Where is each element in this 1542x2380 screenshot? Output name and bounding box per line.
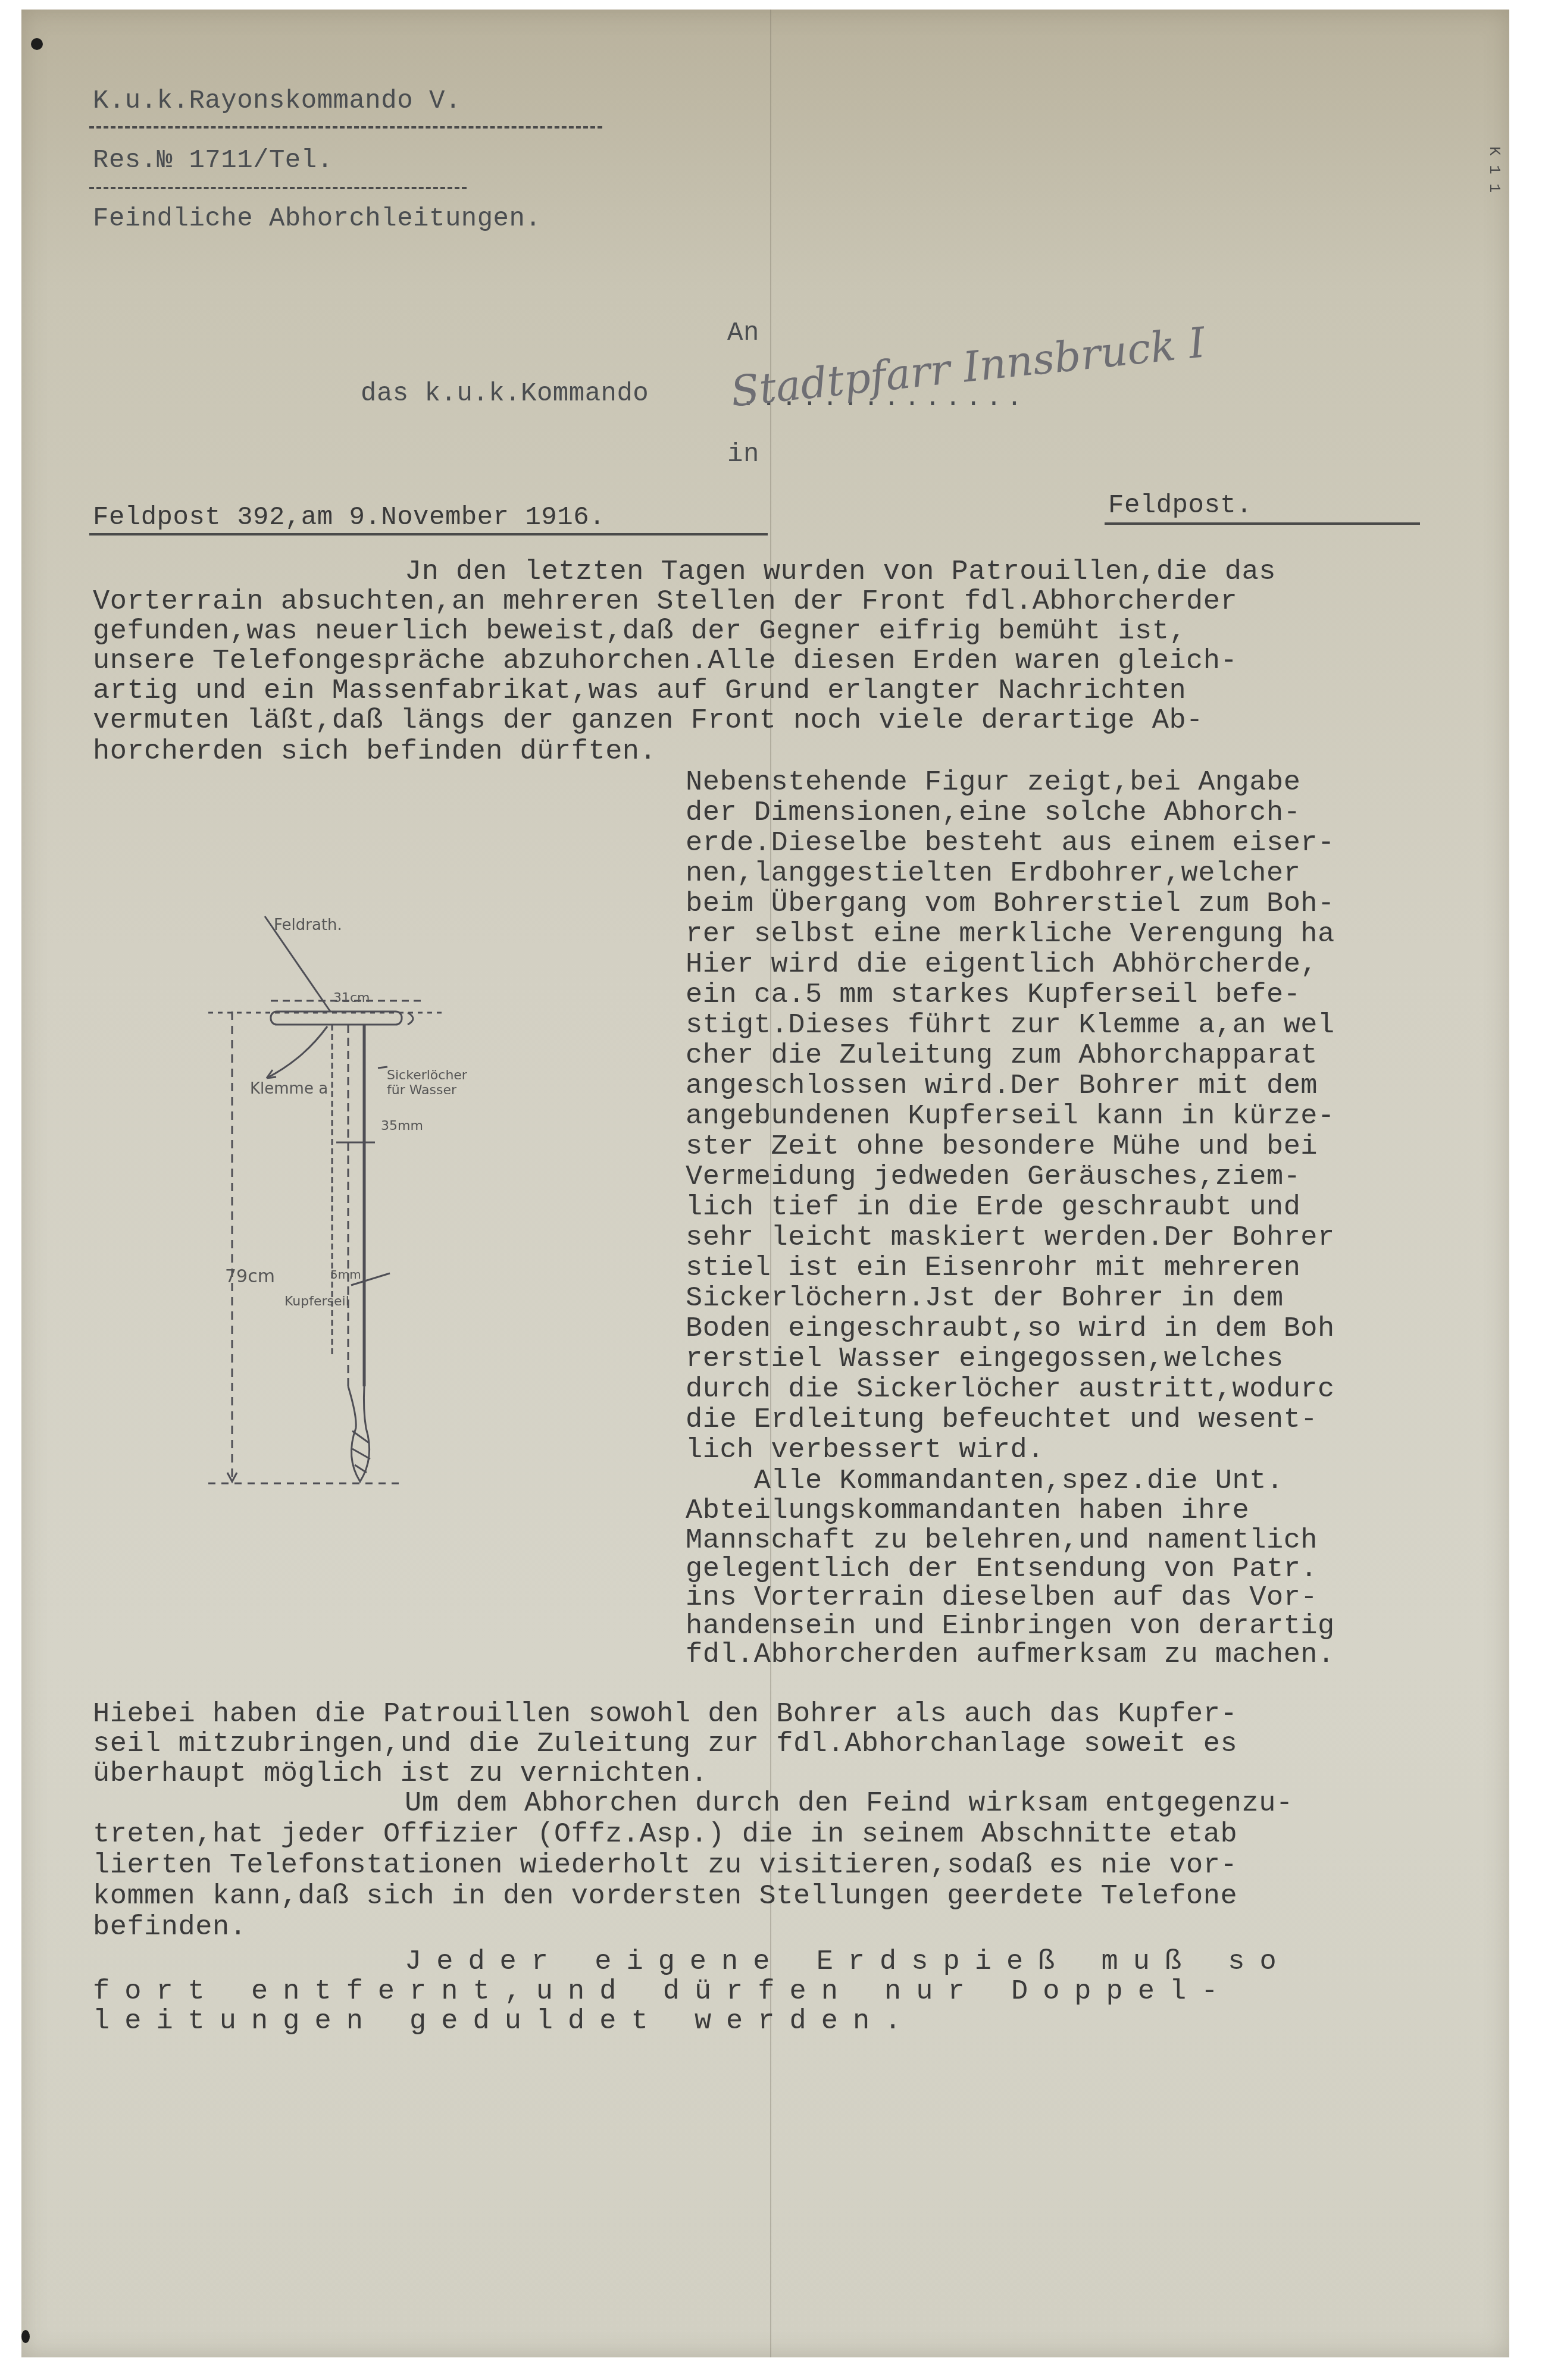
text-line: Nebenstehende Figur zeigt,bei Angabe xyxy=(686,768,1300,798)
text-line: treten,hat jeder Offizier (Offz.Asp.) di… xyxy=(93,1820,1237,1850)
address-in: in xyxy=(727,439,759,470)
header-divider-2 xyxy=(89,187,467,189)
text-line: Jn den letzten Tagen wurden von Patrouil… xyxy=(405,557,1276,588)
text-line: sehr leicht maskiert werden.Der Bohrer xyxy=(686,1223,1335,1254)
text-line: artig und ein Massenfabrikat,was auf Gru… xyxy=(93,676,1186,707)
address-to: An xyxy=(727,318,759,349)
figure-label-clamp: Klemme a xyxy=(250,1080,328,1098)
header-divider-1 xyxy=(89,126,602,129)
figure-label-rope: Kupferseil xyxy=(284,1294,349,1309)
text-line: Hiebei haben die Patrouillen sowohl den … xyxy=(93,1699,1237,1730)
text-line: überhaupt möglich ist zu vernichten. xyxy=(93,1759,708,1790)
figure-label-length: 79cm xyxy=(225,1266,275,1287)
delivery-method: Feldpost. xyxy=(1108,490,1252,521)
text-line: Sickerlöchern.Jst der Bohrer in dem xyxy=(686,1283,1284,1314)
text-line: cher die Zuleitung zum Abhorchapparat xyxy=(686,1041,1318,1072)
text-line: stigt.Dieses führt zur Klemme a,an wel xyxy=(686,1010,1335,1041)
text-line: ein ca.5 mm starkes Kupferseil befe- xyxy=(686,980,1300,1011)
address-recipient: das k.u.k.Kommando xyxy=(361,378,649,409)
text-line: fdl.Abhorcherden aufmerksam zu machen. xyxy=(686,1640,1335,1671)
text-line: beim Übergang vom Bohrerstiel zum Boh- xyxy=(686,889,1335,920)
place-date: Feldpost 392,am 9.November 1916. xyxy=(93,502,605,533)
text-line: ins Vorterrain dieselben auf das Vor- xyxy=(686,1583,1318,1614)
text-line: Mannschaft zu belehren,und namentlich xyxy=(686,1526,1318,1557)
figure-label-width: 31cm xyxy=(333,991,370,1006)
text-line: lierten Telefonstationen wiederholt zu v… xyxy=(93,1850,1237,1881)
figure-label-holes: Sickerlöcher für Wasser xyxy=(387,1068,482,1098)
figure-label-wire: Feldrath. xyxy=(274,916,342,934)
text-line: lich verbessert wird. xyxy=(686,1435,1044,1466)
text-line: Vorterrain absuchten,an mehreren Stellen… xyxy=(93,587,1237,618)
text-line: Abteilungskommandanten haben ihre xyxy=(686,1496,1249,1527)
text-line: unsere Telefongespräche abzuhorchen.Alle… xyxy=(93,646,1237,677)
text-line: durch die Sickerlöcher austritt,wodurc xyxy=(686,1374,1335,1405)
text-line: befinden. xyxy=(93,1912,246,1943)
figure-label-rope-diameter: 5mm xyxy=(330,1267,361,1282)
text-line: Jeder eigene Erdspieß muß so xyxy=(405,1947,1291,1978)
text-line: gefunden,was neuerlich beweist,daß der G… xyxy=(93,616,1186,647)
text-line: angeschlossen wird.Der Bohrer mit dem xyxy=(686,1071,1318,1102)
text-line: vermuten läßt,daß längs der ganzen Front… xyxy=(93,706,1203,737)
subject-line: Feindliche Abhorchleitungen. xyxy=(93,203,541,234)
text-line: gelegentlich der Entsendung von Patr. xyxy=(686,1554,1318,1585)
text-line: die Erdleitung befeuchtet und wesent- xyxy=(686,1405,1318,1436)
earth-drill-figure xyxy=(196,892,649,1583)
text-line: rer selbst eine merkliche Verengung ha xyxy=(686,919,1335,950)
figure-label-pipe-diameter: 35mm xyxy=(381,1119,423,1133)
text-line: fort entfernt,und dürfen nur Doppel- xyxy=(93,1977,1233,2008)
text-line: Um dem Abhorchen durch den Feind wirksam… xyxy=(405,1789,1293,1820)
text-line: horcherden sich befinden dürften. xyxy=(93,737,656,768)
text-line: der Dimensionen,eine solche Abhorch- xyxy=(686,798,1300,829)
reference-number: Res.№ 1711/Tel. xyxy=(93,145,333,176)
text-line: ster Zeit ohne besondere Mühe und bei xyxy=(686,1132,1318,1163)
text-line: stiel ist ein Eisenrohr mit mehreren xyxy=(686,1253,1300,1284)
unit-name: K.u.k.Rayonskommando V. xyxy=(93,86,461,117)
punch-hole-top xyxy=(31,38,43,50)
text-line: leitungen geduldet werden. xyxy=(93,2006,916,2037)
text-line: kommen kann,daß sich in den vordersten S… xyxy=(93,1881,1237,1912)
text-line: Alle Kommandanten,spez.die Unt. xyxy=(686,1466,1284,1497)
punch-hole-bottom xyxy=(21,2330,30,2343)
text-line: rerstiel Wasser eingegossen,welches xyxy=(686,1344,1284,1375)
text-line: erde.Dieselbe besteht aus einem eiser- xyxy=(686,828,1335,859)
text-line: handensein und Einbringen von derartig xyxy=(686,1611,1335,1642)
place-date-underline xyxy=(89,533,768,535)
text-line: seil mitzubringen,und die Zuleitung zur … xyxy=(93,1729,1237,1760)
delivery-underline xyxy=(1105,522,1420,525)
text-line: nen,langgestielten Erdbohrer,welcher xyxy=(686,859,1300,890)
text-line: Hier wird die eigentlich Abhörcherde, xyxy=(686,950,1318,981)
text-line: Vermeidung jedweden Geräusches,ziem- xyxy=(686,1162,1300,1193)
text-line: angebundenen Kupferseil kann in kürze- xyxy=(686,1101,1335,1132)
text-line: lich tief in die Erde geschraubt und xyxy=(686,1192,1300,1223)
text-line: Boden eingeschraubt,so wird in dem Boh xyxy=(686,1314,1335,1345)
edge-marks: K 1 1 xyxy=(1485,146,1503,193)
